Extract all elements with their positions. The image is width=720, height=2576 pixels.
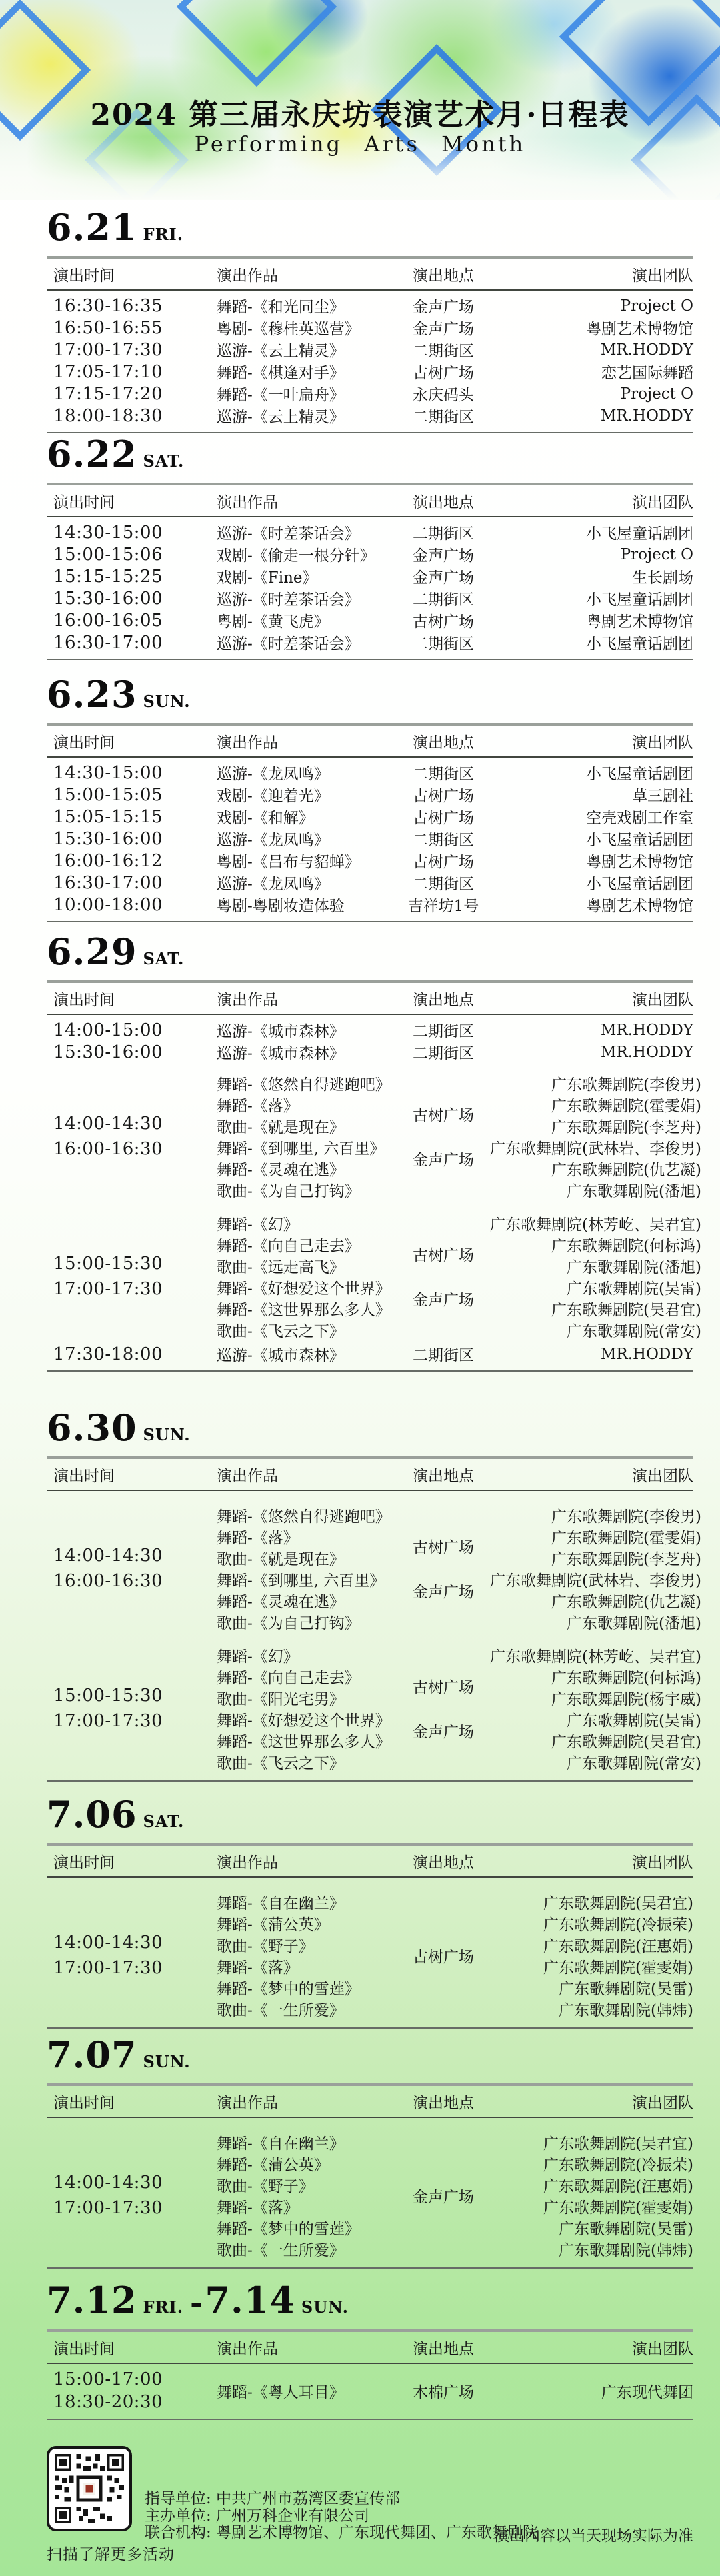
venue-slot: 金声广场 xyxy=(413,1148,474,1170)
cell-work: 舞蹈-《粤人耳目》 xyxy=(217,2380,397,2402)
date-heading: 7.07SUN. xyxy=(47,2035,693,2074)
date-weekday: SUN. xyxy=(143,2052,191,2071)
cell-team: 小飞屋童话剧团 xyxy=(490,521,693,543)
column-header-venue: 演出地点 xyxy=(397,490,490,512)
cell-team: 草三剧社 xyxy=(490,784,693,806)
table-row: 16:50-16:55粤剧-《穆桂英巡营》金声广场粤剧艺术博物馆 xyxy=(47,317,693,339)
table-body: 14:00-14:3017:00-17:30舞蹈-《自在幽兰》舞蹈-《蒲公英》歌… xyxy=(47,1878,693,2027)
time-slot: 14:00-14:30 xyxy=(53,1546,217,1566)
table-group-row: 15:00-15:3017:00-17:30舞蹈-《幻》舞蹈-《向自己走去》歌曲… xyxy=(47,1642,693,1775)
cell-time: 18:00-18:30 xyxy=(47,406,217,426)
cell-venue: 二期街区 xyxy=(397,405,490,427)
cell-team: Project O xyxy=(490,297,693,315)
date-heading: 6.22SAT. xyxy=(47,435,693,473)
table-row: 17:30-18:00巡游-《城市森林》二期街区MR.HODDY xyxy=(47,1343,693,1365)
column-header-team: 演出团队 xyxy=(490,2337,693,2359)
venue-slot: 古树广场 xyxy=(413,1675,474,1697)
cell-venue: 古树广场 xyxy=(397,850,490,872)
team-item: 广东歌舞剧院(吴雷) xyxy=(490,2217,693,2238)
work-item: 舞蹈-《梦中的雪莲》 xyxy=(217,2217,397,2238)
time-slot: 14:00-14:30 xyxy=(53,2173,217,2193)
table-body: 15:00-17:0018:30-20:30舞蹈-《粤人耳目》木棉广场广东现代舞… xyxy=(47,2364,693,2419)
cell-time: 15:30-16:00 xyxy=(47,1042,217,1062)
date-weekday-end: SUN. xyxy=(301,2297,349,2317)
column-header-work: 演出作品 xyxy=(217,1464,397,1486)
venue-slot: 古树广场 xyxy=(413,1535,474,1557)
date-heading: 7.12FRI.-7.14SUN. xyxy=(47,2281,693,2320)
footer-disclaimer: 演出内容以当天现场实际为准 xyxy=(494,2523,693,2545)
schedule-section: 6.21FRI.演出时间演出作品演出地点演出团队16:30-16:35舞蹈-《和… xyxy=(47,208,693,433)
venue-slot: 金声广场 xyxy=(413,2185,474,2207)
cell-work: 巡游-《城市森林》 xyxy=(217,1041,397,1063)
table-row: 17:00-17:30巡游-《云上精灵》二期街区MR.HODDY xyxy=(47,339,693,361)
group-teams: 广东歌舞剧院(林芳屹、吴君宜)广东歌舞剧院(何标鸿)广东歌舞剧院(潘旭)广东歌舞… xyxy=(490,1212,701,1340)
cell-venue: 二期街区 xyxy=(397,1041,490,1063)
schedule-section: 6.23SUN.演出时间演出作品演出地点演出团队14:30-15:00巡游-《龙… xyxy=(47,675,693,922)
cell-team: 小飞屋童话剧团 xyxy=(490,762,693,784)
schedule-table: 演出时间演出作品演出地点演出团队14:30-15:00巡游-《龙凤鸣》二期街区小… xyxy=(47,723,693,922)
column-header-work: 演出作品 xyxy=(217,2091,397,2113)
cell-work: 巡游-《时差茶话会》 xyxy=(217,631,397,654)
work-item: 歌曲-《为自己打钩》 xyxy=(217,1179,397,1200)
cell-work: 舞蹈-《和光同尘》 xyxy=(217,295,397,317)
footer-org-line-partners: 联合机构: 粤剧艺术博物馆、广东现代舞团、广东歌舞剧院 xyxy=(145,2525,538,2542)
table-group-row: 14:00-14:3016:00-16:30舞蹈-《悠然自得逃跑吧》舞蹈-《落》… xyxy=(47,1070,693,1203)
date-weekday: FRI. xyxy=(143,225,184,244)
work-item: 歌曲-《一生所爱》 xyxy=(217,2238,397,2259)
cell-work: 巡游-《城市森林》 xyxy=(217,1019,397,1041)
table-row: 15:30-16:00巡游-《时差茶话会》二期街区小飞屋童话剧团 xyxy=(47,587,693,609)
footer-org-line-host: 主办单位: 广州万科企业有限公司 xyxy=(145,2508,538,2525)
time-slot: 16:00-16:30 xyxy=(53,1139,217,1159)
cell-venue: 古树广场 xyxy=(397,361,490,383)
cell-venue: 二期街区 xyxy=(397,1019,490,1041)
table-row: 15:30-16:00巡游-《城市森林》二期街区MR.HODDY xyxy=(47,1041,693,1063)
work-item: 舞蹈-《梦中的雪莲》 xyxy=(217,1977,397,1998)
column-header-time: 演出时间 xyxy=(47,730,217,752)
table-body: 14:30-15:00巡游-《龙凤鸣》二期街区小飞屋童话剧团15:00-15:0… xyxy=(47,758,693,921)
time-slot: 16:00-16:30 xyxy=(53,1571,217,1591)
cell-venue: 金声广场 xyxy=(397,543,490,565)
work-item: 舞蹈-《落》 xyxy=(217,2195,397,2217)
table-row: 14:30-15:00巡游-《时差茶话会》二期街区小飞屋童话剧团 xyxy=(47,521,693,543)
column-header-venue: 演出地点 xyxy=(397,263,490,285)
cell-work: 粤剧-《吕布与貂蝉》 xyxy=(217,850,397,872)
date-number: 7.12 xyxy=(47,2279,137,2321)
footer-org-line-guidance: 指导单位: 中共广州市荔湾区委宣传部 xyxy=(145,2491,538,2508)
venue-slot: 古树广场 xyxy=(413,1103,474,1125)
cell-time: 17:05-17:10 xyxy=(47,362,217,382)
cell-time: 16:50-16:55 xyxy=(47,318,217,338)
team-item: 广东歌舞剧院(吴君宜) xyxy=(490,1298,701,1319)
cell-time: 15:30-16:00 xyxy=(47,589,217,609)
cell-venue: 二期街区 xyxy=(397,587,490,609)
cell-time: 15:00-15:05 xyxy=(47,785,217,805)
time-slot: 15:00-15:30 xyxy=(53,1254,217,1274)
table-row: 16:00-16:05粤剧-《黄飞虎》古树广场粤剧艺术博物馆 xyxy=(47,609,693,631)
table-body: 14:00-14:3016:00-16:30舞蹈-《悠然自得逃跑吧》舞蹈-《落》… xyxy=(47,1491,693,1780)
work-item: 歌曲-《就是现在》 xyxy=(217,1115,397,1136)
cell-time: 15:00-15:06 xyxy=(47,545,217,565)
cell-time: 14:00-15:00 xyxy=(47,1020,217,1040)
column-header-time: 演出时间 xyxy=(47,1464,217,1486)
cell-team: 粤剧艺术博物馆 xyxy=(490,609,693,631)
cell-work: 粤剧-《穆桂英巡营》 xyxy=(217,317,397,339)
cell-team: 生长剧场 xyxy=(490,565,693,587)
venue-slot: 金声广场 xyxy=(413,1288,474,1310)
work-item: 歌曲-《飞云之下》 xyxy=(217,1319,397,1340)
date-number-end: 7.14 xyxy=(205,2279,295,2321)
venue-slot: 古树广场 xyxy=(413,1945,474,1967)
date-weekday: FRI. xyxy=(143,2297,184,2317)
qr-code-pattern xyxy=(55,2454,124,2523)
time-slot: 18:30-20:30 xyxy=(53,2391,217,2413)
cell-work: 巡游-《时差茶话会》 xyxy=(217,521,397,543)
team-item: 广东歌舞剧院(霍雯娟) xyxy=(490,1526,701,1547)
page-title: 2024 第三届永庆坊表演艺术月·日程表 xyxy=(0,91,720,133)
event-schedule-poster: 2024 第三届永庆坊表演艺术月·日程表 Performing Arts Mon… xyxy=(0,0,720,2576)
column-header-venue: 演出地点 xyxy=(397,1464,490,1486)
column-header-time: 演出时间 xyxy=(47,2091,217,2113)
table-group-row: 14:00-14:3016:00-16:30舞蹈-《悠然自得逃跑吧》舞蹈-《落》… xyxy=(47,1502,693,1635)
schedule-section: 7.07SUN.演出时间演出作品演出地点演出团队14:00-14:3017:00… xyxy=(47,2035,693,2269)
cell-team: 粤剧艺术博物馆 xyxy=(490,850,693,872)
team-item: 广东歌舞剧院(常安) xyxy=(490,1319,701,1340)
team-item: 广东歌舞剧院(林芳屹、吴君宜) xyxy=(490,1644,701,1666)
table-row: 16:30-16:35舞蹈-《和光同尘》金声广场Project O xyxy=(47,295,693,317)
cell-team: 小飞屋童话剧团 xyxy=(490,828,693,850)
time-slot: 14:00-14:30 xyxy=(53,1114,217,1134)
work-item: 舞蹈-《灵魂在逃》 xyxy=(217,1590,397,1611)
work-item: 舞蹈-《这世界那么多人》 xyxy=(217,1298,397,1319)
schedule-table: 演出时间演出作品演出地点演出团队14:00-14:3017:00-17:30舞蹈… xyxy=(47,2083,693,2269)
cell-time: 16:00-16:05 xyxy=(47,611,217,631)
group-works: 舞蹈-《自在幽兰》舞蹈-《蒲公英》歌曲-《野子》舞蹈-《落》舞蹈-《梦中的雪莲》… xyxy=(217,2131,397,2259)
column-header-team: 演出团队 xyxy=(490,490,693,512)
table-row: 15:15-15:25戏剧-《Fine》金声广场生长剧场 xyxy=(47,565,693,587)
cell-time: 17:00-17:30 xyxy=(47,340,217,360)
date-weekday: SAT. xyxy=(143,451,185,471)
cell-team: 小飞屋童话剧团 xyxy=(490,631,693,654)
work-item: 歌曲-《阳光宅男》 xyxy=(217,1687,397,1708)
table-row: 16:30-17:00巡游-《时差茶话会》二期街区小飞屋童话剧团 xyxy=(47,631,693,654)
cell-team: 粤剧艺术博物馆 xyxy=(490,317,693,339)
work-item: 歌曲-《野子》 xyxy=(217,1934,397,1955)
time-slot: 15:00-15:30 xyxy=(53,1686,217,1706)
date-number: 6.21 xyxy=(47,206,137,249)
cell-time: 15:15-15:25 xyxy=(47,567,217,587)
date-heading: 6.29SAT. xyxy=(47,932,693,971)
cell-team: 广东现代舞团 xyxy=(490,2380,693,2402)
date-heading: 7.06SAT. xyxy=(47,1795,693,1834)
work-item: 舞蹈-《幻》 xyxy=(217,1212,397,1234)
time-slot: 17:00-17:30 xyxy=(53,2198,217,2218)
cell-team: MR.HODDY xyxy=(490,1346,693,1363)
work-item: 舞蹈-《悠然自得逃跑吧》 xyxy=(217,1504,397,1526)
work-item: 舞蹈-《灵魂在逃》 xyxy=(217,1158,397,1179)
footer: 扫描了解更多活动 指导单位: 中共广州市荔湾区委宣传部 主办单位: 广州万科企业… xyxy=(47,2427,693,2567)
qr-code xyxy=(47,2446,132,2531)
cell-work: 舞蹈-《棋逢对手》 xyxy=(217,361,397,383)
column-header-time: 演出时间 xyxy=(47,1850,217,1872)
date-heading: 6.21FRI. xyxy=(47,208,693,247)
work-item: 舞蹈-《这世界那么多人》 xyxy=(217,1730,397,1751)
team-item: 广东歌舞剧院(李芝舟) xyxy=(490,1547,701,1568)
date-weekday: SAT. xyxy=(143,1812,185,1831)
group-teams: 广东歌舞剧院(李俊男)广东歌舞剧院(霍雯娟)广东歌舞剧院(李芝舟)广东歌舞剧院(… xyxy=(490,1504,701,1632)
group-works: 舞蹈-《幻》舞蹈-《向自己走去》歌曲-《阳光宅男》舞蹈-《好想爱这个世界》舞蹈-… xyxy=(217,1644,397,1772)
date-weekday: SUN. xyxy=(143,692,191,711)
team-item: 广东歌舞剧院(冷振荣) xyxy=(490,1912,693,1934)
cell-time: 16:00-16:12 xyxy=(47,851,217,871)
team-item: 广东歌舞剧院(吴君宜) xyxy=(490,1891,693,1912)
page-subtitle: Performing Arts Month xyxy=(0,131,720,157)
team-item: 广东歌舞剧院(何标鸿) xyxy=(490,1234,701,1255)
cell-team: 恋艺国际舞蹈 xyxy=(490,361,693,383)
team-item: 广东歌舞剧院(李俊男) xyxy=(490,1072,701,1094)
group-venues: 古树广场金声广场 xyxy=(397,1243,490,1310)
diamond-shape xyxy=(177,0,337,87)
team-item: 广东歌舞剧院(杨宇威) xyxy=(490,1687,701,1708)
cell-venue: 木棉广场 xyxy=(397,2380,490,2402)
cell-work: 戏剧-《和解》 xyxy=(217,806,397,828)
table-header-row: 演出时间演出作品演出地点演出团队 xyxy=(47,1846,693,1878)
schedule-table: 演出时间演出作品演出地点演出团队14:00-15:00巡游-《城市森林》二期街区… xyxy=(47,980,693,1372)
cell-venue: 古树广场 xyxy=(397,784,490,806)
group-works: 舞蹈-《幻》舞蹈-《向自己走去》歌曲-《远走高飞》舞蹈-《好想爱这个世界》舞蹈-… xyxy=(217,1212,397,1340)
cell-work: 巡游-《云上精灵》 xyxy=(217,405,397,427)
team-item: 广东歌舞剧院(武林岩、李俊男) xyxy=(490,1568,701,1590)
team-item: 广东歌舞剧院(仇艺凝) xyxy=(490,1590,701,1611)
column-header-team: 演出团队 xyxy=(490,1464,693,1486)
table-row: 14:00-15:00巡游-《城市森林》二期街区MR.HODDY xyxy=(47,1019,693,1041)
cell-work: 戏剧-《迎着光》 xyxy=(217,784,397,806)
table-header-row: 演出时间演出作品演出地点演出团队 xyxy=(47,485,693,517)
cell-venue: 永庆码头 xyxy=(397,383,490,405)
cell-time: 15:05-15:15 xyxy=(47,807,217,827)
team-item: 广东歌舞剧院(李俊男) xyxy=(490,1504,701,1526)
column-header-work: 演出作品 xyxy=(217,1850,397,1872)
work-item: 歌曲-《野子》 xyxy=(217,2174,397,2195)
team-item: 广东歌舞剧院(韩炜) xyxy=(490,2238,693,2259)
table-header-row: 演出时间演出作品演出地点演出团队 xyxy=(47,2086,693,2118)
group-venues: 古树广场金声广场 xyxy=(397,1103,490,1170)
cell-team: Project O xyxy=(490,385,693,403)
work-item: 歌曲-《远走高飞》 xyxy=(217,1255,397,1276)
team-item: 广东歌舞剧院(冷振荣) xyxy=(490,2153,693,2174)
team-item: 广东歌舞剧院(霍雯娟) xyxy=(490,1955,693,1977)
schedule-table: 演出时间演出作品演出地点演出团队14:00-14:3017:00-17:30舞蹈… xyxy=(47,1843,693,2029)
work-item: 舞蹈-《到哪里, 六百里》 xyxy=(217,1568,397,1590)
work-item: 舞蹈-《幻》 xyxy=(217,1644,397,1666)
table-row: 15:30-16:00巡游-《龙凤鸣》二期街区小飞屋童话剧团 xyxy=(47,828,693,850)
cell-time: 14:30-15:00 xyxy=(47,763,217,783)
team-item: 广东歌舞剧院(何标鸿) xyxy=(490,1666,701,1687)
work-item: 歌曲-《一生所爱》 xyxy=(217,1998,397,2019)
column-header-work: 演出作品 xyxy=(217,2337,397,2359)
table-row: 17:05-17:10舞蹈-《棋逢对手》古树广场恋艺国际舞蹈 xyxy=(47,361,693,383)
cell-time: 17:30-18:00 xyxy=(47,1344,217,1364)
group-venues: 古树广场金声广场 xyxy=(397,1675,490,1742)
cell-team: 小飞屋童话剧团 xyxy=(490,872,693,894)
cell-work: 巡游-《云上精灵》 xyxy=(217,339,397,361)
team-item: 广东歌舞剧院(仇艺凝) xyxy=(490,1158,701,1179)
cell-team: Project O xyxy=(490,546,693,563)
team-item: 广东歌舞剧院(潘旭) xyxy=(490,1255,701,1276)
column-header-team: 演出团队 xyxy=(490,730,693,752)
table-header-row: 演出时间演出作品演出地点演出团队 xyxy=(47,726,693,758)
group-teams: 广东歌舞剧院(林芳屹、吴君宜)广东歌舞剧院(何标鸿)广东歌舞剧院(杨宇威)广东歌… xyxy=(490,1644,701,1772)
cell-team: 空壳戏剧工作室 xyxy=(490,806,693,828)
work-item: 歌曲-《就是现在》 xyxy=(217,1547,397,1568)
cell-time: 15:30-16:00 xyxy=(47,829,217,849)
column-header-time: 演出时间 xyxy=(47,490,217,512)
group-times: 14:00-14:3016:00-16:30 xyxy=(47,1114,217,1159)
column-header-venue: 演出地点 xyxy=(397,2091,490,2113)
work-item: 歌曲-《为自己打钩》 xyxy=(217,1611,397,1632)
column-header-time: 演出时间 xyxy=(47,988,217,1010)
cell-venue: 二期街区 xyxy=(397,521,490,543)
team-item: 广东歌舞剧院(武林岩、李俊男) xyxy=(490,1136,701,1158)
table-row: 16:00-16:12粤剧-《吕布与貂蝉》古树广场粤剧艺术博物馆 xyxy=(47,850,693,872)
column-header-venue: 演出地点 xyxy=(397,730,490,752)
table-row: 14:30-15:00巡游-《龙凤鸣》二期街区小飞屋童话剧团 xyxy=(47,762,693,784)
column-header-work: 演出作品 xyxy=(217,730,397,752)
table-body: 14:30-15:00巡游-《时差茶话会》二期街区小飞屋童话剧团15:00-15… xyxy=(47,517,693,659)
table-body: 14:00-14:3017:00-17:30舞蹈-《自在幽兰》舞蹈-《蒲公英》歌… xyxy=(47,2118,693,2267)
cell-venue: 金声广场 xyxy=(397,565,490,587)
team-item: 广东歌舞剧院(吴君宜) xyxy=(490,1730,701,1751)
cell-time: 16:30-17:00 xyxy=(47,633,217,653)
cell-time: 10:00-18:00 xyxy=(47,895,217,915)
work-item: 舞蹈-《蒲公英》 xyxy=(217,1912,397,1934)
schedule-section: 6.29SAT.演出时间演出作品演出地点演出团队14:00-15:00巡游-《城… xyxy=(47,932,693,1372)
group-teams: 广东歌舞剧院(吴君宜)广东歌舞剧院(冷振荣)广东歌舞剧院(汪惠娟)广东歌舞剧院(… xyxy=(490,2131,693,2259)
cell-work: 戏剧-《偷走一根分针》 xyxy=(217,543,397,565)
cell-work: 巡游-《时差茶话会》 xyxy=(217,587,397,609)
date-number: 6.30 xyxy=(47,1406,137,1449)
table-row: 16:30-17:00巡游-《龙凤鸣》二期街区小飞屋童话剧团 xyxy=(47,872,693,894)
work-item: 舞蹈-《落》 xyxy=(217,1094,397,1115)
work-item: 舞蹈-《落》 xyxy=(217,1526,397,1547)
venue-slot: 古树广场 xyxy=(413,1243,474,1265)
table-row: 15:00-17:0018:30-20:30舞蹈-《粤人耳目》木棉广场广东现代舞… xyxy=(47,2368,693,2413)
date-number: 6.22 xyxy=(47,433,137,475)
table-body: 16:30-16:35舞蹈-《和光同尘》金声广场Project O16:50-1… xyxy=(47,291,693,432)
cell-team: 粤剧艺术博物馆 xyxy=(490,894,693,916)
team-item: 广东歌舞剧院(吴雷) xyxy=(490,1276,701,1298)
team-item: 广东歌舞剧院(韩炜) xyxy=(490,1998,693,2019)
cell-venue: 二期街区 xyxy=(397,828,490,850)
table-row: 17:15-17:20舞蹈-《一叶扁舟》永庆码头Project O xyxy=(47,383,693,405)
table-row: 15:00-15:06戏剧-《偷走一根分针》金声广场Project O xyxy=(47,543,693,565)
column-header-venue: 演出地点 xyxy=(397,1850,490,1872)
cell-venue: 二期街区 xyxy=(397,762,490,784)
team-item: 广东歌舞剧院(林芳屹、吴君宜) xyxy=(490,1212,701,1234)
work-item: 舞蹈-《自在幽兰》 xyxy=(217,2131,397,2153)
cell-venue: 二期街区 xyxy=(397,339,490,361)
group-venues: 金声广场 xyxy=(397,2185,490,2207)
work-item: 舞蹈-《落》 xyxy=(217,1955,397,1977)
table-group-row: 15:00-15:3017:00-17:30舞蹈-《幻》舞蹈-《向自己走去》歌曲… xyxy=(47,1210,693,1343)
schedule-table: 演出时间演出作品演出地点演出团队14:00-14:3016:00-16:30舞蹈… xyxy=(47,1456,693,1782)
cell-work: 巡游-《龙凤鸣》 xyxy=(217,828,397,850)
date-number: 6.29 xyxy=(47,930,137,973)
date-heading: 6.23SUN. xyxy=(47,675,693,714)
group-works: 舞蹈-《悠然自得逃跑吧》舞蹈-《落》歌曲-《就是现在》舞蹈-《到哪里, 六百里》… xyxy=(217,1504,397,1632)
time-slot: 17:00-17:30 xyxy=(53,1711,217,1731)
cell-time: 16:30-17:00 xyxy=(47,873,217,893)
cell-venue: 吉祥坊1号 xyxy=(397,894,490,916)
date-weekday: SAT. xyxy=(143,949,185,968)
schedule-section: 7.06SAT.演出时间演出作品演出地点演出团队14:00-14:3017:00… xyxy=(47,1795,693,2029)
work-item: 舞蹈-《到哪里, 六百里》 xyxy=(217,1136,397,1158)
cell-work: 戏剧-《Fine》 xyxy=(217,565,397,587)
column-header-work: 演出作品 xyxy=(217,988,397,1010)
work-item: 舞蹈-《悠然自得逃跑吧》 xyxy=(217,1072,397,1094)
table-header-row: 演出时间演出作品演出地点演出团队 xyxy=(47,1459,693,1491)
cell-work: 巡游-《龙凤鸣》 xyxy=(217,872,397,894)
time-slot: 15:00-17:00 xyxy=(53,2368,217,2391)
schedule-table: 演出时间演出作品演出地点演出团队16:30-16:35舞蹈-《和光同尘》金声广场… xyxy=(47,256,693,433)
table-body: 14:00-15:00巡游-《城市森林》二期街区MR.HODDY15:30-16… xyxy=(47,1015,693,1370)
team-item: 广东歌舞剧院(霍雯娟) xyxy=(490,1094,701,1115)
column-header-team: 演出团队 xyxy=(490,1850,693,1872)
venue-slot: 金声广场 xyxy=(413,1720,474,1742)
column-header-venue: 演出地点 xyxy=(397,988,490,1010)
date-range-separator: - xyxy=(190,2286,202,2320)
footer-org-lines: 指导单位: 中共广州市荔湾区委宣传部 主办单位: 广州万科企业有限公司 联合机构… xyxy=(145,2491,538,2542)
group-teams: 广东歌舞剧院(李俊男)广东歌舞剧院(霍雯娟)广东歌舞剧院(李芝舟)广东歌舞剧院(… xyxy=(490,1072,701,1200)
table-row: 15:05-15:15戏剧-《和解》古树广场空壳戏剧工作室 xyxy=(47,806,693,828)
column-header-time: 演出时间 xyxy=(47,263,217,285)
team-item: 广东歌舞剧院(李芝舟) xyxy=(490,1115,701,1136)
column-header-work: 演出作品 xyxy=(217,263,397,285)
table-row: 15:00-15:05戏剧-《迎着光》古树广场草三剧社 xyxy=(47,784,693,806)
work-item: 舞蹈-《蒲公英》 xyxy=(217,2153,397,2174)
group-times: 15:00-15:3017:00-17:30 xyxy=(47,1686,217,1731)
schedule-section: 7.12FRI.-7.14SUN.演出时间演出作品演出地点演出团队15:00-1… xyxy=(47,2281,693,2420)
table-group-row: 14:00-14:3017:00-17:30舞蹈-《自在幽兰》舞蹈-《蒲公英》歌… xyxy=(47,1888,693,2022)
column-header-team: 演出团队 xyxy=(490,263,693,285)
cell-work: 巡游-《城市森林》 xyxy=(217,1343,397,1365)
qr-caption: 扫描了解更多活动 xyxy=(47,2542,193,2564)
cell-time: 16:30-16:35 xyxy=(47,296,217,316)
table-row: 10:00-18:00粤剧-粤剧妆造体验吉祥坊1号粤剧艺术博物馆 xyxy=(47,894,693,916)
cell-work: 舞蹈-《一叶扁舟》 xyxy=(217,383,397,405)
cell-team: MR.HODDY xyxy=(490,1022,693,1039)
cell-venue: 二期街区 xyxy=(397,1343,490,1365)
time-slot: 17:00-17:30 xyxy=(53,1279,217,1299)
cell-venue: 金声广场 xyxy=(397,295,490,317)
time-slot: 14:00-14:30 xyxy=(53,1933,217,1953)
date-number: 7.07 xyxy=(47,2033,137,2076)
group-times: 14:00-14:3017:00-17:30 xyxy=(47,2173,217,2218)
cell-venue: 二期街区 xyxy=(397,631,490,654)
venue-slot: 金声广场 xyxy=(413,1580,474,1602)
schedule-table: 演出时间演出作品演出地点演出团队14:30-15:00巡游-《时差茶话会》二期街… xyxy=(47,483,693,660)
group-venues: 古树广场 xyxy=(397,1945,490,1967)
schedule-section: 6.30SUN.演出时间演出作品演出地点演出团队14:00-14:3016:00… xyxy=(47,1408,693,1782)
team-item: 广东歌舞剧院(吴雷) xyxy=(490,1708,701,1730)
cell-time: 15:00-17:0018:30-20:30 xyxy=(47,2368,217,2413)
table-header-row: 演出时间演出作品演出地点演出团队 xyxy=(47,983,693,1015)
team-item: 广东歌舞剧院(吴君宜) xyxy=(490,2131,693,2153)
cell-team: MR.HODDY xyxy=(490,341,693,359)
column-header-time: 演出时间 xyxy=(47,2337,217,2359)
date-weekday: SUN. xyxy=(143,1425,191,1444)
team-item: 广东歌舞剧院(霍雯娟) xyxy=(490,2195,693,2217)
